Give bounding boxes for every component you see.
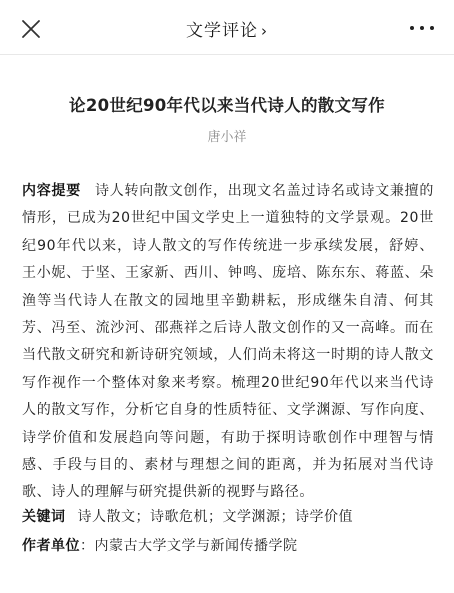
keywords: 关键词诗人散文；诗歌危机；文学渊源；诗学价值: [22, 506, 434, 528]
author-affiliation: 作者单位：内蒙古大学文学与新闻传播学院: [22, 535, 434, 557]
keywords-label: 关键词: [22, 509, 66, 525]
abstract: 内容提要诗人转向散文创作，出现文名盖过诗名或诗文兼擅的情形，已成为20世纪中国文…: [22, 178, 434, 507]
more-dot-icon: [430, 26, 434, 30]
chevron-right-icon: ›: [261, 22, 268, 40]
abstract-label: 内容提要: [22, 183, 81, 199]
article-title: 论20世纪90年代以来当代诗人的散文写作: [0, 92, 454, 116]
affiliation-separator: ：: [80, 538, 95, 554]
keywords-text: 诗人散文；诗歌危机；文学渊源；诗学价值: [78, 509, 354, 525]
journal-title: 文学评论: [186, 21, 258, 41]
abstract-text: 诗人转向散文创作，出现文名盖过诗名或诗文兼擅的情形，已成为20世纪中国文学史上一…: [22, 183, 434, 500]
journal-title-link[interactable]: 文学评论›: [0, 16, 454, 41]
more-dot-icon: [420, 26, 424, 30]
more-options-button[interactable]: [410, 22, 434, 34]
navigation-bar: 文学评论›: [0, 0, 454, 55]
affiliation-text: 内蒙古大学文学与新闻传播学院: [95, 538, 298, 554]
affiliation-label: 作者单位: [22, 538, 80, 554]
article-author: 唐小祥: [0, 126, 454, 145]
more-dot-icon: [410, 26, 414, 30]
